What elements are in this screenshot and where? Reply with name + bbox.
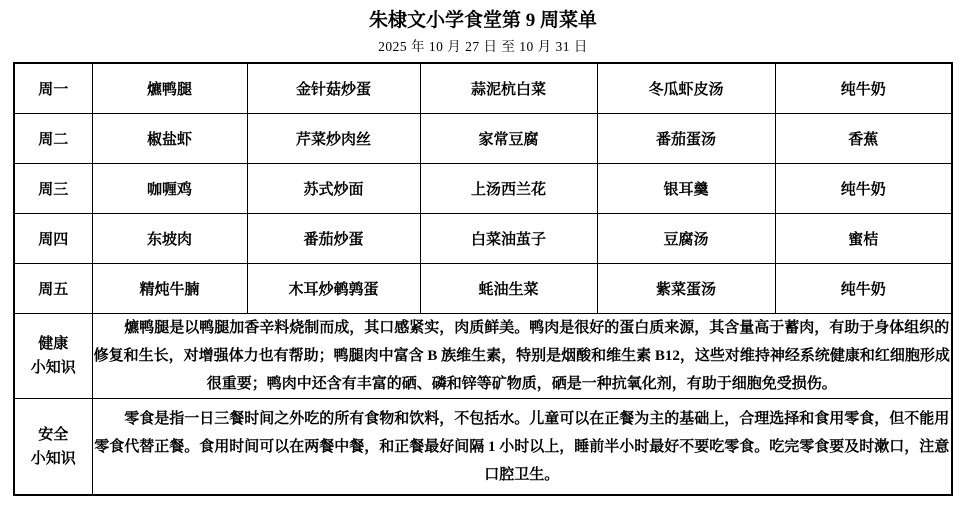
menu-cell: 纯牛奶 <box>775 164 952 214</box>
menu-cell: 银耳羹 <box>597 164 775 214</box>
menu-cell: 椒盐虾 <box>92 114 247 164</box>
health-tips-text: 爊鸭腿是以鸭腿加香辛料烧制而成，其口感紧实，肉质鲜美。鸭肉是很好的蛋白质来源，其… <box>92 314 952 399</box>
menu-cell: 东坡肉 <box>92 214 247 264</box>
menu-cell: 纯牛奶 <box>775 264 952 314</box>
day-label: 周一 <box>14 63 92 114</box>
menu-cell: 精炖牛腩 <box>92 264 247 314</box>
page-title: 朱棣文小学食堂第 9 周菜单 <box>0 8 966 34</box>
menu-cell: 纯牛奶 <box>775 63 952 114</box>
table-row-tuesday: 周二 椒盐虾 芹菜炒肉丝 家常豆腐 番茄蛋汤 香蕉 <box>14 114 952 164</box>
health-tips-row: 健康 小知识 爊鸭腿是以鸭腿加香辛料烧制而成，其口感紧实，肉质鲜美。鸭肉是很好的… <box>14 314 952 399</box>
health-tips-label: 健康 小知识 <box>14 314 92 399</box>
day-label: 周四 <box>14 214 92 264</box>
table-row-friday: 周五 精炖牛腩 木耳炒鹌鹑蛋 蚝油生菜 紫菜蛋汤 纯牛奶 <box>14 264 952 314</box>
menu-cell: 蜜桔 <box>775 214 952 264</box>
day-label: 周五 <box>14 264 92 314</box>
safety-tips-row: 安全 小知识 零食是指一日三餐时间之外吃的所有食物和饮料，不包括水。儿童可以在正… <box>14 399 952 496</box>
menu-cell: 番茄蛋汤 <box>597 114 775 164</box>
day-label: 周二 <box>14 114 92 164</box>
menu-cell: 番茄炒蛋 <box>247 214 420 264</box>
safety-tips-text: 零食是指一日三餐时间之外吃的所有食物和饮料，不包括水。儿童可以在正餐为主的基础上… <box>92 399 952 496</box>
menu-cell: 上汤西兰花 <box>420 164 597 214</box>
date-range: 2025 年 10 月 27 日 至 10 月 31 日 <box>0 36 966 58</box>
menu-cell: 香蕉 <box>775 114 952 164</box>
menu-cell: 爊鸭腿 <box>92 63 247 114</box>
menu-cell: 家常豆腐 <box>420 114 597 164</box>
table-row-monday: 周一 爊鸭腿 金针菇炒蛋 蒜泥杭白菜 冬瓜虾皮汤 纯牛奶 <box>14 63 952 114</box>
menu-cell: 蒜泥杭白菜 <box>420 63 597 114</box>
table-row-thursday: 周四 东坡肉 番茄炒蛋 白菜油茧子 豆腐汤 蜜桔 <box>14 214 952 264</box>
menu-cell: 豆腐汤 <box>597 214 775 264</box>
menu-document: 朱棣文小学食堂第 9 周菜单 2025 年 10 月 27 日 至 10 月 3… <box>0 0 966 496</box>
menu-cell: 蚝油生菜 <box>420 264 597 314</box>
day-label: 周三 <box>14 164 92 214</box>
menu-table: 周一 爊鸭腿 金针菇炒蛋 蒜泥杭白菜 冬瓜虾皮汤 纯牛奶 周二 椒盐虾 芹菜炒肉… <box>13 62 953 496</box>
safety-tips-label: 安全 小知识 <box>14 399 92 496</box>
menu-cell: 金针菇炒蛋 <box>247 63 420 114</box>
table-row-wednesday: 周三 咖喱鸡 苏式炒面 上汤西兰花 银耳羹 纯牛奶 <box>14 164 952 214</box>
menu-cell: 白菜油茧子 <box>420 214 597 264</box>
menu-cell: 芹菜炒肉丝 <box>247 114 420 164</box>
menu-cell: 冬瓜虾皮汤 <box>597 63 775 114</box>
menu-cell: 咖喱鸡 <box>92 164 247 214</box>
menu-cell: 木耳炒鹌鹑蛋 <box>247 264 420 314</box>
menu-cell: 紫菜蛋汤 <box>597 264 775 314</box>
menu-cell: 苏式炒面 <box>247 164 420 214</box>
